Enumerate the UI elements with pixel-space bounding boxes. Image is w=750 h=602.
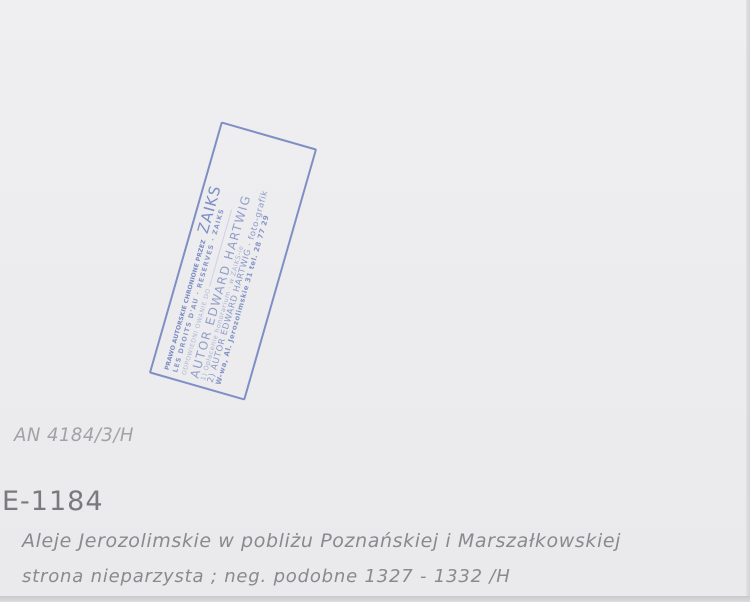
entry-id: E-1184 [2,486,104,517]
catalog-number: AN 4184/3/H [14,424,134,446]
paper-bottom-edge [0,596,750,602]
caption-line-2: strona nieparzysta ; neg. podobne 1327 -… [22,566,511,587]
paper-right-edge [746,0,750,596]
photo-reverse-paper [0,0,750,596]
caption-line-1: Aleje Jerozolimskie w pobliżu Poznańskie… [22,530,621,552]
